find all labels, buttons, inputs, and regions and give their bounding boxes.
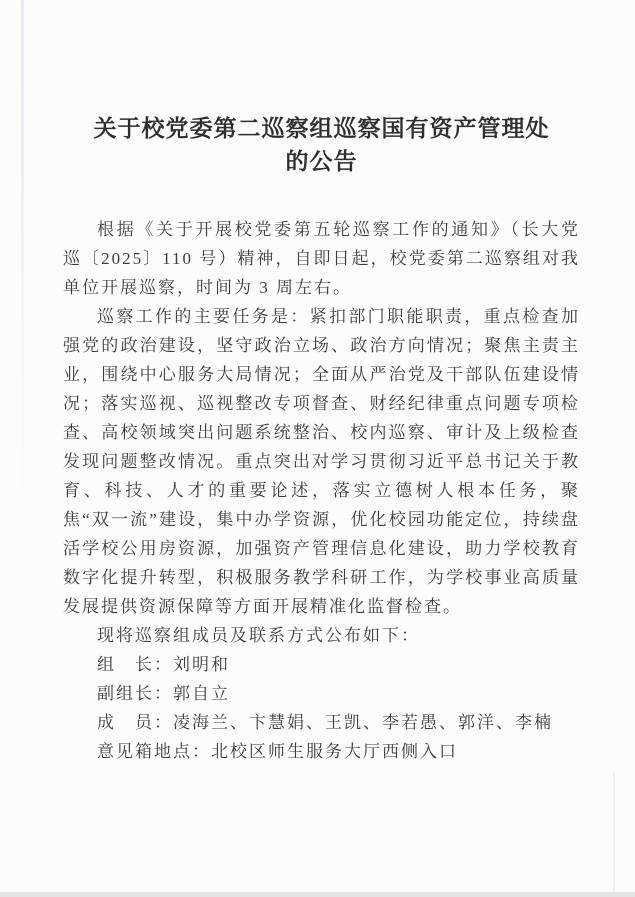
notice-title: 关于校党委第二巡察组巡察国有资产管理处 的公告 bbox=[63, 112, 580, 178]
scan-artifact-left-line bbox=[21, 0, 24, 520]
roster-members-names: 凌海兰、卞慧娟、王凯、李若愚、郭洋、李楠 bbox=[173, 713, 553, 732]
roster-deputy-label: 副组长： bbox=[97, 684, 173, 703]
paragraph-basis: 根据《关于开展校党委第五轮巡察工作的通知》（长大党巡〔2025〕110 号）精神… bbox=[63, 215, 580, 302]
mailbox-location-value: 北校区师生服务大厅西侧入口 bbox=[211, 742, 458, 761]
scan-artifact-right-line bbox=[613, 772, 615, 892]
roster-deputy-name: 郭自立 bbox=[173, 684, 230, 703]
roster-members-row: 成 员：凌海兰、卞慧娟、王凯、李若愚、郭洋、李楠 bbox=[63, 708, 580, 737]
roster-members-label: 成 员： bbox=[97, 713, 173, 732]
scan-artifact-bottom-edge bbox=[0, 892, 635, 897]
roster-list: 组 长：刘明和 副组长：郭自立 成 员：凌海兰、卞慧娟、王凯、李若愚、郭洋、李楠… bbox=[63, 650, 580, 766]
notice-title-line1: 关于校党委第二巡察组巡察国有资产管理处 bbox=[94, 116, 550, 141]
scanned-notice-page: 关于校党委第二巡察组巡察国有资产管理处 的公告 根据《关于开展校党委第五轮巡察工… bbox=[0, 0, 635, 897]
mailbox-location-label: 意见箱地点： bbox=[97, 742, 211, 761]
roster-leader-row: 组 长：刘明和 bbox=[63, 650, 580, 679]
paragraph-tasks: 巡察工作的主要任务是：紧扣部门职能职责，重点检查加强党的政治建设，坚守政治立场、… bbox=[63, 302, 580, 621]
notice-body: 根据《关于开展校党委第五轮巡察工作的通知》（长大党巡〔2025〕110 号）精神… bbox=[63, 215, 580, 766]
notice-title-line2: 的公告 bbox=[286, 149, 358, 174]
roster-deputy-row: 副组长：郭自立 bbox=[63, 679, 580, 708]
roster-leader-label: 组 长： bbox=[97, 655, 173, 674]
notice-content: 关于校党委第二巡察组巡察国有资产管理处 的公告 根据《关于开展校党委第五轮巡察工… bbox=[63, 0, 580, 766]
mailbox-location-row: 意见箱地点：北校区师生服务大厅西侧入口 bbox=[63, 737, 580, 766]
roster-leader-name: 刘明和 bbox=[173, 655, 230, 674]
paragraph-roster-intro: 现将巡察组成员及联系方式公布如下： bbox=[63, 621, 580, 650]
